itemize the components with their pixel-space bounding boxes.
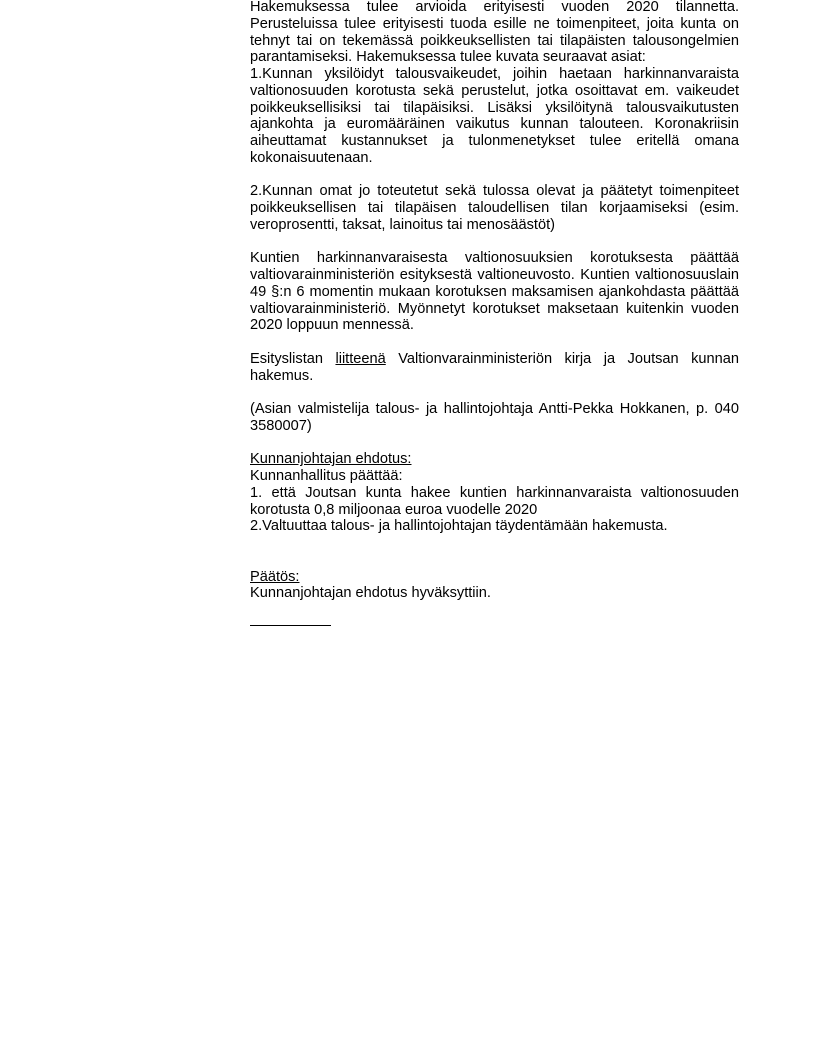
spacer [250, 535, 739, 569]
proposal-heading: Kunnanjohtajan ehdotus: [250, 451, 411, 468]
intro-paragraph: Hakemuksessa tulee arvioida erityisesti … [250, 0, 739, 66]
document-body: Hakemuksessa tulee arvioida erityisesti … [250, 0, 739, 626]
point-1-paragraph: 1.Kunnan yksilöidyt talousvaikeudet, joi… [250, 66, 739, 167]
attachment-prefix: Esityslistan [250, 351, 323, 367]
decision-text: Kunnanjohtajan ehdotus hyväksyttiin. [250, 585, 739, 602]
point-2-paragraph: 2.Kunnan omat jo toteutetut sekä tulossa… [250, 183, 739, 233]
spacer [250, 234, 739, 251]
proposal-item-1: 1. että Joutsan kunta hakee kuntien hark… [250, 485, 739, 519]
decision-info-paragraph: Kuntien harkinnanvaraisesta valtionosuuk… [250, 250, 739, 334]
spacer [250, 334, 739, 351]
separator-line [250, 625, 331, 626]
spacer [250, 167, 739, 184]
spacer [250, 435, 739, 452]
attachment-suffix: Valtionvarainministeriön kirja ja Joutsa… [250, 351, 739, 384]
decision-heading: Päätös: [250, 569, 300, 586]
attachment-paragraph: Esityslistan liitteenä Valtionvarainmini… [250, 351, 739, 385]
proposal-lead: Kunnanhallitus päättää: [250, 468, 739, 485]
spacer [250, 384, 739, 401]
proposal-item-2: 2.Valtuuttaa talous- ja hallintojohtajan… [250, 518, 739, 535]
preparer-paragraph: (Asian valmistelija talous- ja hallintoj… [250, 401, 739, 435]
attachment-link[interactable]: liitteenä [335, 351, 385, 367]
